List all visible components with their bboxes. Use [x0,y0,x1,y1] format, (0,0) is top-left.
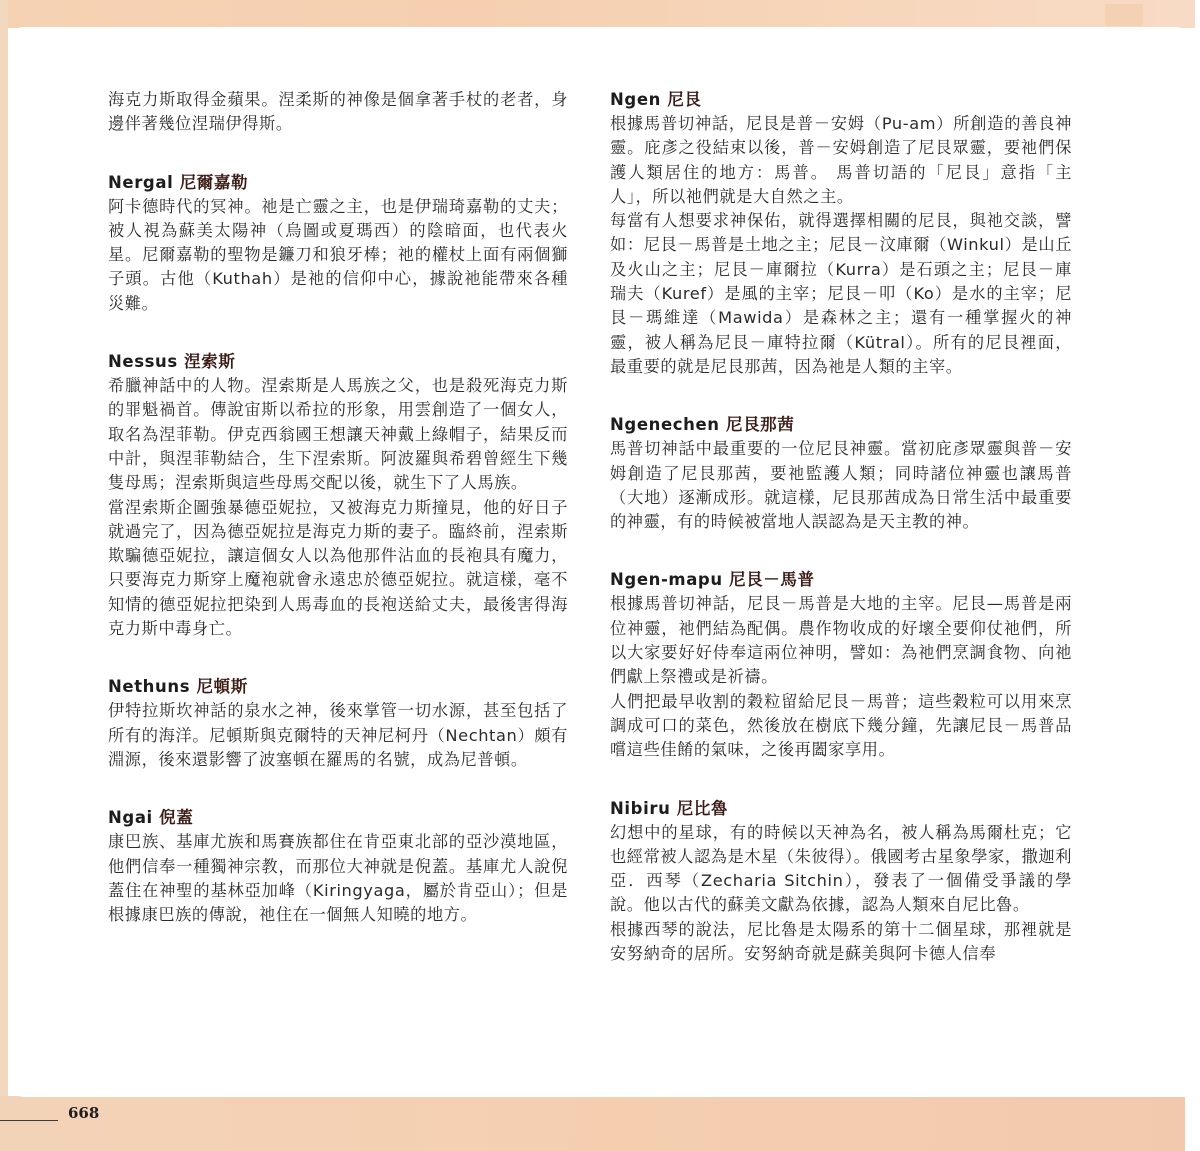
entry-paragraph: 伊特拉斯坎神話的泉水之神，後來掌管一切水源，甚至包括了所有的海洋。尼頓斯與克爾特… [108,699,568,772]
entry-title: Nibiru 尼比魯 [610,797,1072,821]
page-footer: 668 [0,1098,99,1128]
entry-term-en: Nethuns [108,677,190,696]
page-number: 668 [68,1104,99,1122]
entry-paragraph: 每當有人想要求神保佑，就得選擇相關的尼艮，與祂交談，譬如：尼艮－馬普是土地之主；… [610,209,1072,379]
entry-paragraph: 根據馬普切神話，尼艮是普－安姆（Pu-am）所創造的善良神靈。庇彥之役結束以後，… [610,112,1072,209]
entry-nergal: Nergal 尼爾嘉勒 阿卡德時代的冥神。祂是亡靈之主，也是伊瑞琦嘉勒的丈夫；被… [108,171,568,316]
entry-paragraph: 阿卡德時代的冥神。祂是亡靈之主，也是伊瑞琦嘉勒的丈夫；被人視為蘇美太陽神（烏圖或… [108,195,568,316]
entry-ngai: Ngai 倪蓋 康巴族、基庫尤族和馬賽族都住在肯亞東北部的亞沙漠地區，他們信奉一… [108,806,568,927]
entry-ngen: Ngen 尼艮 根據馬普切神話，尼艮是普－安姆（Pu-am）所創造的善良神靈。庇… [610,88,1072,379]
page-bottom-border [0,1096,1185,1151]
entry-paragraph: 希臘神話中的人物。涅索斯是人馬族之父，也是殺死海克力斯的罪魁禍首。傳說宙斯以希拉… [108,374,568,495]
entry-paragraph: 當涅索斯企圖強暴德亞妮拉，又被海克力斯撞見，他的好日子就過完了，因為德亞妮拉是海… [108,496,568,642]
entry-ngen-mapu: Ngen-mapu 尼艮－馬普 根據馬普切神話，尼艮－馬普是大地的主宰。尼艮—馬… [610,568,1072,762]
entry-nethuns: Nethuns 尼頓斯 伊特拉斯坎神話的泉水之神，後來掌管一切水源，甚至包括了所… [108,675,568,772]
entry-term-en: Nessus [108,352,178,371]
page-top-border-accent [1105,4,1143,26]
entry-title: Nessus 涅索斯 [108,350,568,374]
entry-paragraph: 根據西琴的說法，尼比魯是太陽系的第十二個星球，那裡就是安努納奇的居所。安努納奇就… [610,918,1072,967]
entry-paragraph: 根據馬普切神話，尼艮－馬普是大地的主宰。尼艮—馬普是兩位神靈，祂們結為配偶。農作… [610,592,1072,689]
entry-paragraph: 幻想中的星球，有的時候以天神為名，被人稱為馬爾杜克；它也經常被人認為是木星（朱彼… [610,821,1072,918]
entry-term-zh: 尼艮－馬普 [729,570,815,589]
entry-title: Ngen 尼艮 [610,88,1072,112]
entry-nibiru: Nibiru 尼比魯 幻想中的星球，有的時候以天神為名，被人稱為馬爾杜克；它也經… [610,797,1072,967]
entry-term-en: Ngenechen [610,415,720,434]
page-left-border [0,0,8,1151]
entry-paragraph: 馬普切神話中最重要的一位尼艮神靈。當初庇彥眾靈與普－安姆創造了尼艮那茜，要祂監護… [610,437,1072,534]
entry-term-zh: 尼艮那茜 [726,415,794,434]
entry-term-zh: 尼比魯 [677,799,728,818]
entry-title: Ngai 倪蓋 [108,806,568,830]
entry-term-en: Ngen [610,90,661,109]
entry-term-zh: 尼爾嘉勒 [180,173,248,192]
entry-term-zh: 尼艮 [667,90,701,109]
right-column: Ngen 尼艮 根據馬普切神話，尼艮是普－安姆（Pu-am）所創造的善良神靈。庇… [610,88,1072,1000]
entry-paragraph: 人們把最早收割的穀粒留給尼艮－馬普；這些穀粒可以用來烹調成可口的菜色，然後放在樹… [610,690,1072,763]
entry-title: Nethuns 尼頓斯 [108,675,568,699]
entry-title: Nergal 尼爾嘉勒 [108,171,568,195]
footer-rule [0,1120,58,1121]
entry-term-en: Nergal [108,173,173,192]
entry-term-en: Ngai [108,808,153,827]
entry-title: Ngenechen 尼艮那茜 [610,413,1072,437]
entry-nessus: Nessus 涅索斯 希臘神話中的人物。涅索斯是人馬族之父，也是殺死海克力斯的罪… [108,350,568,641]
entry-term-zh: 涅索斯 [184,352,235,371]
entry-term-zh: 倪蓋 [159,808,193,827]
entry-paragraph: 康巴族、基庫尤族和馬賽族都住在肯亞東北部的亞沙漠地區，他們信奉一種獨神宗教，而那… [108,830,568,927]
entry-ngenechen: Ngenechen 尼艮那茜 馬普切神話中最重要的一位尼艮神靈。當初庇彥眾靈與普… [610,413,1072,534]
left-column: 海克力斯取得金蘋果。涅柔斯的神像是個拿著手杖的老者，身邊伴著幾位涅瑞伊得斯。 N… [108,88,568,961]
continued-paragraph: 海克力斯取得金蘋果。涅柔斯的神像是個拿著手杖的老者，身邊伴著幾位涅瑞伊得斯。 [108,88,568,137]
page-top-border [0,0,1195,28]
entry-term-en: Nibiru [610,799,670,818]
entry-term-en: Ngen-mapu [610,570,723,589]
entry-title: Ngen-mapu 尼艮－馬普 [610,568,1072,592]
entry-term-zh: 尼頓斯 [197,677,248,696]
